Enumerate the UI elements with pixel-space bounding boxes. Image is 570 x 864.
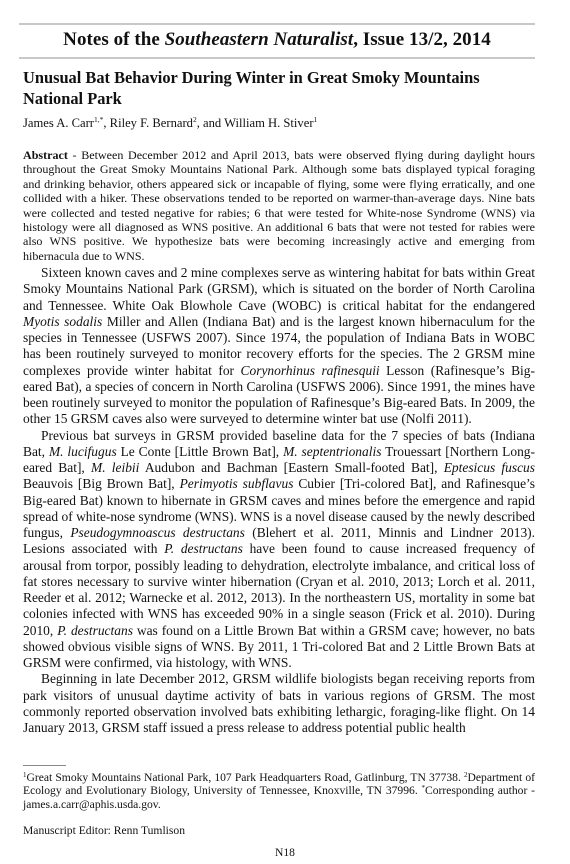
species-name: P. destructans <box>57 623 133 638</box>
abstract-label: Abstract <box>23 148 68 162</box>
species-name: Perimyotis subflavus <box>180 476 294 491</box>
paragraph-text: Beauvois [Big Brown Bat], <box>23 476 180 491</box>
species-name: M. septentrionalis <box>283 444 381 459</box>
paragraph-text: Audubon and Bachman [Eastern Small-foote… <box>139 460 443 475</box>
author-list: James A. Carr1,*, Riley F. Bernard2, and… <box>23 116 317 131</box>
footnote-text: Great Smoky Mountains National Park, 107… <box>27 771 465 784</box>
species-name: Eptesicus fuscus <box>444 460 535 475</box>
body-paragraph: Beginning in late December 2012, GRSM wi… <box>23 671 535 736</box>
abstract: Abstract - Between December 2012 and Apr… <box>23 148 535 263</box>
article-body: Sixteen known caves and 2 mine complexes… <box>23 265 535 736</box>
species-name: Corynorhinus rafinesquii <box>241 363 380 378</box>
page-number: N18 <box>0 846 570 859</box>
footnote-affiliations: 1Great Smoky Mountains National Park, 10… <box>23 771 535 811</box>
species-name: Myotis sodalis <box>23 314 102 329</box>
abstract-text: - Between December 2012 and April 2013, … <box>23 148 535 263</box>
journal-name: Southeastern Naturalist <box>165 29 354 50</box>
journal-header-issue: , Issue 13/2, 2014 <box>353 29 491 50</box>
author-affiliation-mark: 1 <box>314 115 318 124</box>
paragraph-text: Le Conte [Little Brown Bat], <box>117 444 283 459</box>
paragraph-text: Sixteen known caves and 2 mine complexes… <box>23 265 535 313</box>
footnote-divider <box>23 765 66 766</box>
body-paragraph: Previous bat surveys in GRSM provided ba… <box>23 428 535 672</box>
author-separator: , and <box>197 116 224 130</box>
journal-header-prefix: Notes of the <box>63 29 164 50</box>
species-name: M. lucifugus <box>49 444 117 459</box>
header-top-rule <box>19 23 535 25</box>
author-name: William H. Stiver <box>224 116 313 130</box>
species-name: P. destructans <box>164 541 243 556</box>
paragraph-text: Beginning in late December 2012, GRSM wi… <box>23 671 535 735</box>
author-affiliation-mark: 1,* <box>94 115 103 124</box>
author-name: James A. Carr <box>23 116 94 130</box>
species-name: Pseudogymnoascus destructans <box>70 525 245 540</box>
article-title: Unusual Bat Behavior During Winter in Gr… <box>23 67 538 109</box>
author-name: Riley F. Bernard <box>110 116 193 130</box>
journal-header: Notes of the Southeastern Naturalist, Is… <box>19 29 535 51</box>
body-paragraph: Sixteen known caves and 2 mine complexes… <box>23 265 535 428</box>
header-bottom-rule <box>19 57 535 59</box>
species-name: M. leibii <box>91 460 139 475</box>
manuscript-editor: Manuscript Editor: Renn Tumlison <box>23 824 185 837</box>
